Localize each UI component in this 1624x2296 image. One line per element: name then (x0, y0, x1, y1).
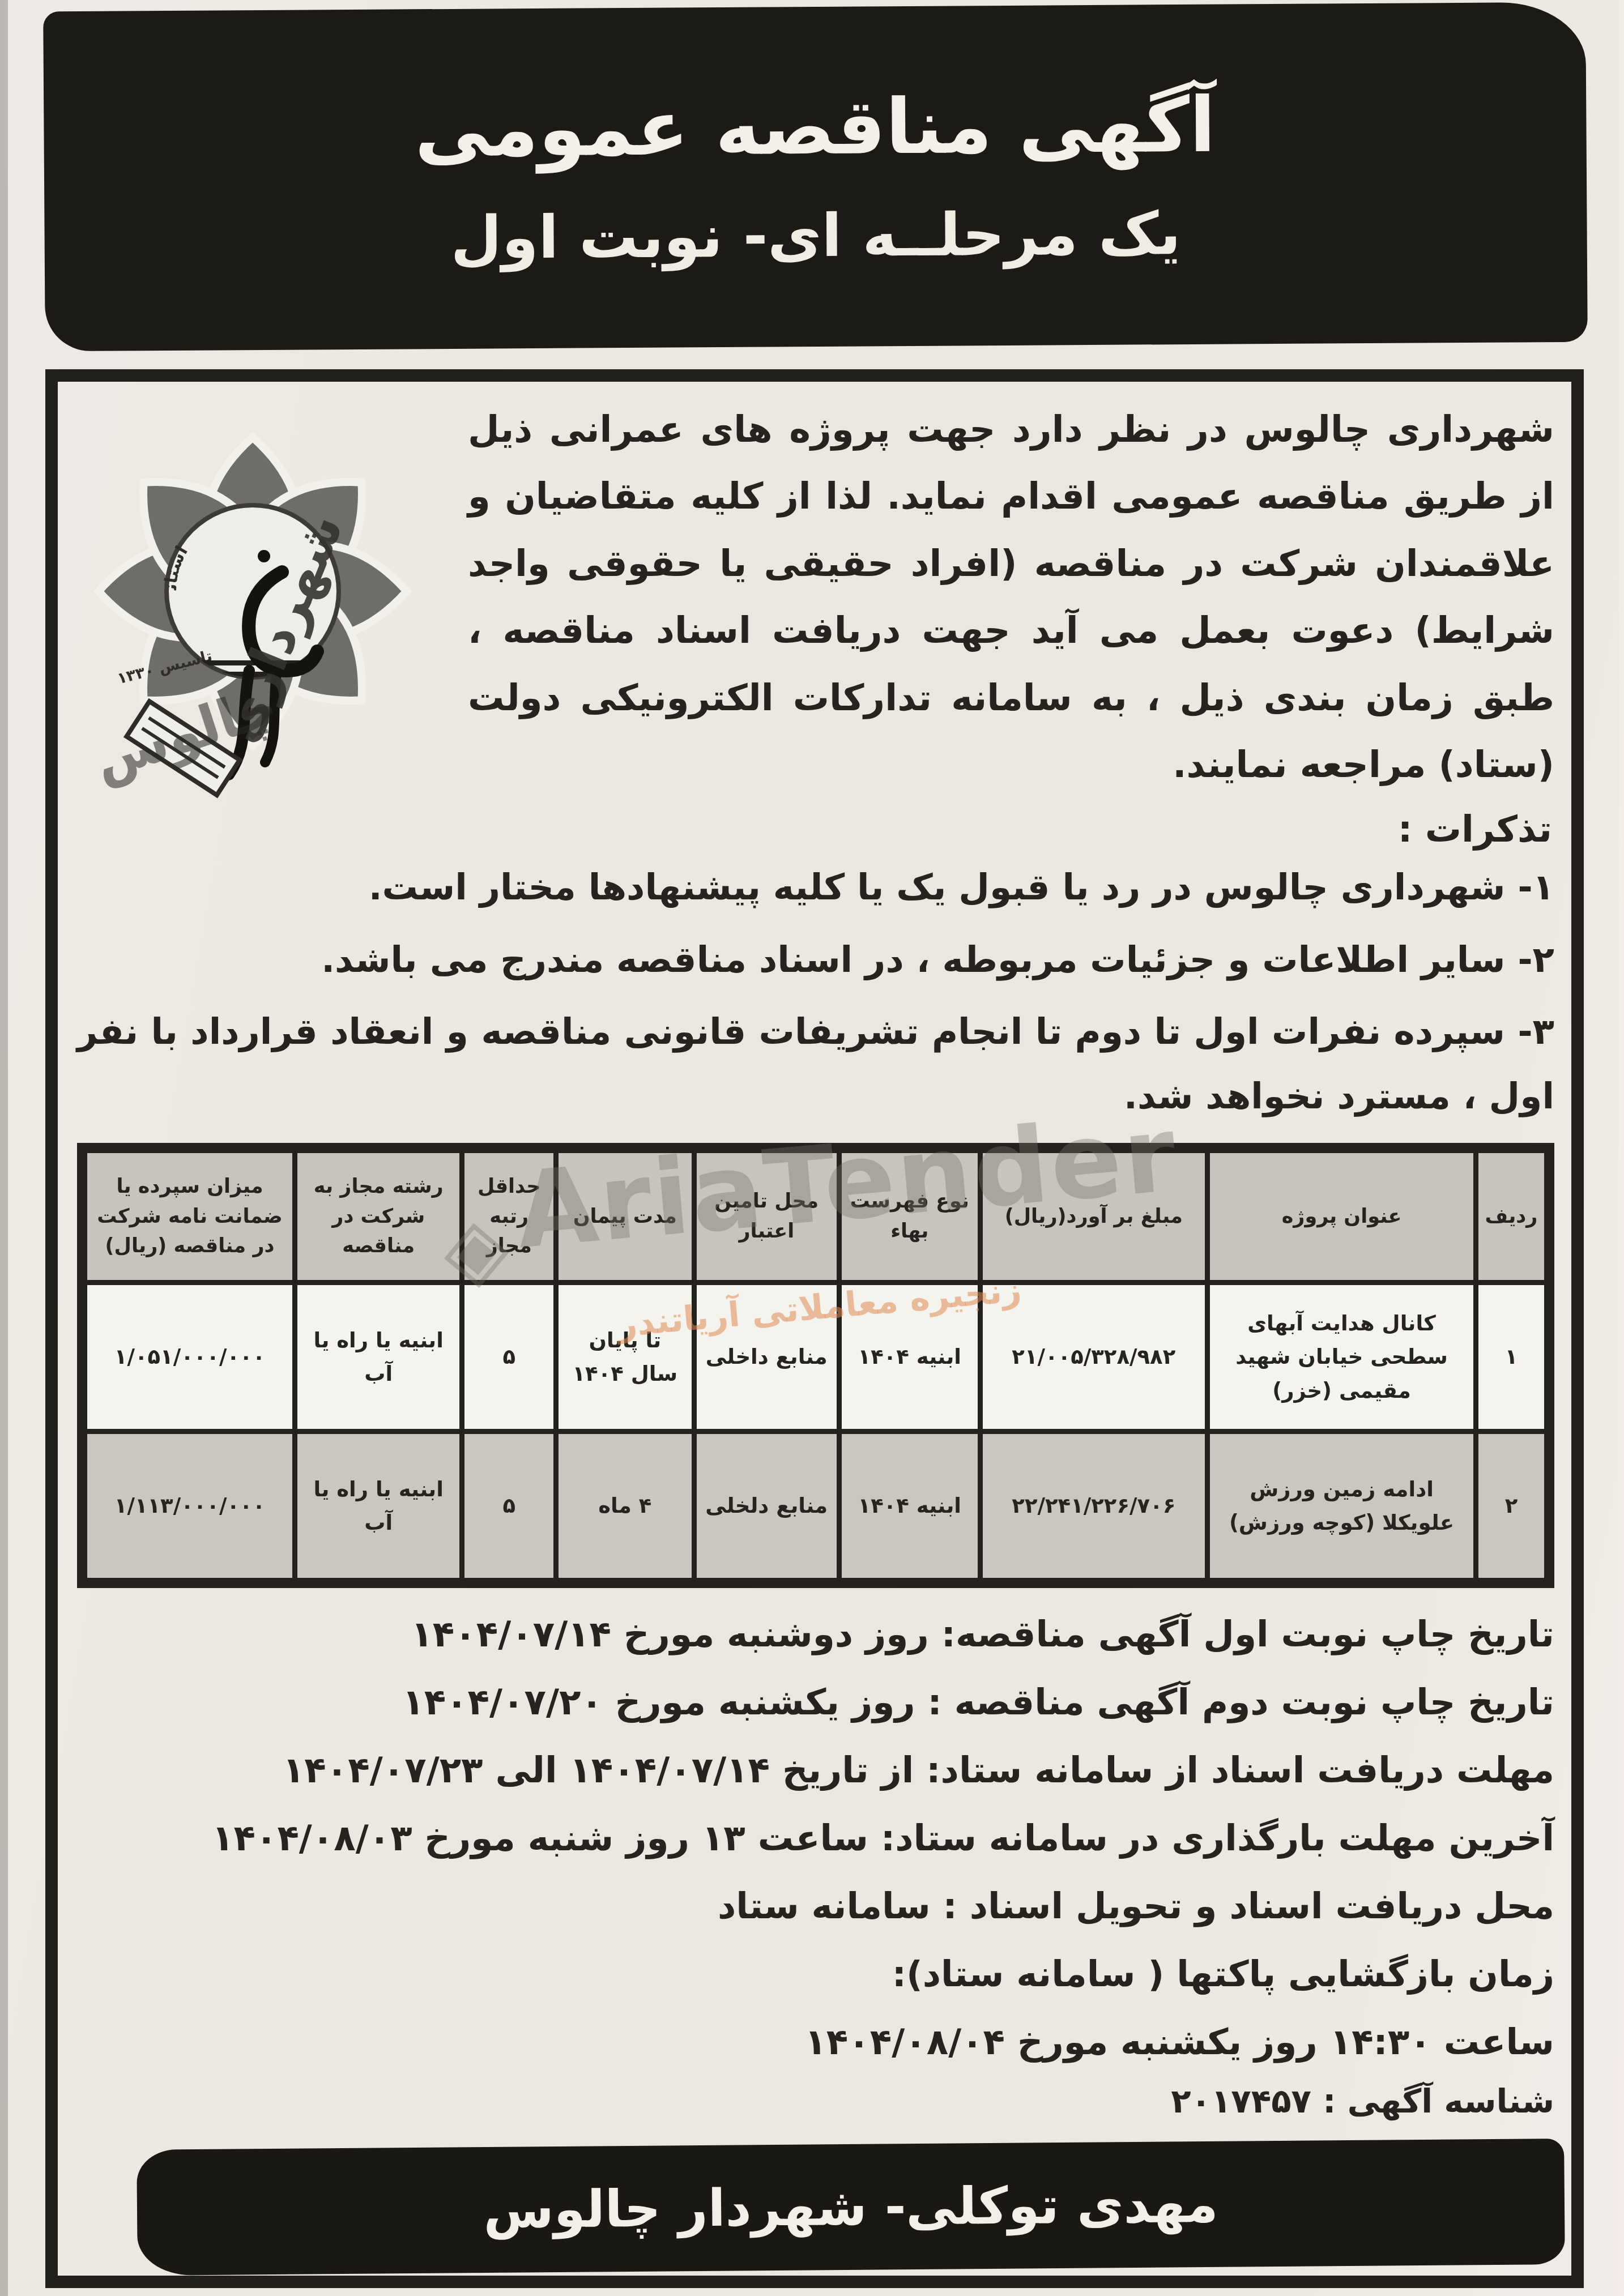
table-row: ۲ ادامه زمین ورزش علویکلا (کوچه ورزش) ۲۲… (82, 1431, 1549, 1583)
cell-allowed-field: ابنیه یا راه یا آب (295, 1431, 462, 1583)
note-item-2: ۲- سایر اطلاعات و جزئیات مربوطه ، در اسن… (77, 928, 1554, 992)
footer-band: مهدی توکلی- شهردار چالوس (137, 2139, 1565, 2276)
col-header-estimate-amount: مبلغ بر آورد(ریال) (980, 1148, 1207, 1283)
municipality-seal-icon: استانداری مازندران تاسیس ۱۳۳۰ (77, 404, 440, 801)
cell-contract-duration: تا پایان سال ۱۴۰۴ (556, 1282, 694, 1431)
tender-ad-page: آگهی مناقصه عمومی یک مرحلــه ای- نوبت او… (0, 0, 1624, 2296)
note-item-1: ۱- شهرداری چالوس در رد یا قبول یک یا کلی… (77, 855, 1554, 919)
cell-price-list-type: ابنیه ۱۴۰۴ (839, 1431, 980, 1583)
table-row: ۱ کانال هدایت آبهای سطحی خیابان شهید مقی… (82, 1282, 1549, 1431)
info-line-upload-deadline: آخرین مهلت بارگذاری در سامانه ستاد: ساعت… (77, 1816, 1554, 1861)
info-line-first-publish-date: تاریخ چاپ نوبت اول آگهی مناقصه: روز دوشن… (77, 1612, 1554, 1657)
scan-edge-right (1618, 0, 1624, 2296)
notes-title: تذکرات : (77, 809, 1552, 851)
cell-deposit-amount: ۱/۱۱۳/۰۰۰/۰۰۰ (82, 1431, 295, 1583)
col-header-funding-source: محل تامین اعتبار (694, 1148, 839, 1283)
info-line-envelope-opening-time: ساعت ۱۴:۳۰ روز یکشنبه مورخ ۱۴۰۴/۰۸/۰۴ (77, 2020, 1554, 2065)
note-item-3: ۳- سپرده نفرات اول تا دوم تا انجام تشریف… (77, 1000, 1554, 1128)
col-header-row-number: ردیف (1476, 1148, 1550, 1283)
cell-min-rank: ۵ (462, 1431, 556, 1583)
cell-deposit-amount: ۱/۰۵۱/۰۰۰/۰۰۰ (82, 1282, 295, 1431)
cell-project-title: کانال هدایت آبهای سطحی خیابان شهید مقیمی… (1208, 1282, 1476, 1431)
cell-estimate-amount: ۲۲/۲۴۱/۲۲۶/۷۰۶ (980, 1431, 1207, 1583)
cell-min-rank: ۵ (462, 1282, 556, 1431)
content-frame: استانداری مازندران تاسیس ۱۳۳۰ (45, 369, 1584, 2288)
cell-estimate-amount: ۲۱/۰۰۵/۳۲۸/۹۸۲ (980, 1282, 1207, 1431)
header-band: آگهی مناقصه عمومی یک مرحلــه ای- نوبت او… (43, 2, 1588, 352)
info-line-document-delivery-place: محل دریافت اسناد و تحویل اسناد : سامانه … (77, 1884, 1554, 1929)
cell-price-list-type: ابنیه ۱۴۰۴ (839, 1282, 980, 1431)
cell-funding-source: منابع دلخلی (694, 1431, 839, 1583)
col-header-project-title: عنوان پروژه (1208, 1148, 1476, 1283)
cell-funding-source: منابع داخلی (694, 1282, 839, 1431)
col-header-min-rank: حداقل رتبه مجاز (462, 1148, 556, 1283)
page-subtitle: یک مرحلــه ای- نوبت اول (450, 199, 1181, 272)
cell-row-number: ۲ (1476, 1431, 1550, 1583)
table-header-row: ردیف عنوان پروژه مبلغ بر آورد(ریال) نوع … (82, 1148, 1549, 1283)
cell-row-number: ۱ (1476, 1282, 1550, 1431)
footer-signature: مهدی توکلی- شهردار چالوس (483, 2174, 1218, 2239)
col-header-price-list-type: نوع فهرست بهاء (839, 1148, 980, 1283)
info-line-document-receipt-deadline: مهلت دریافت اسناد از سامانه ستاد: از تار… (77, 1748, 1554, 1793)
ad-id: شناسه آگهی : ۲۰۱۷۴۵۷ (77, 2082, 1554, 2120)
tender-table: ردیف عنوان پروژه مبلغ بر آورد(ریال) نوع … (77, 1143, 1554, 1588)
info-line-envelope-opening-title: زمان بازگشایی پاکتها ( سامانه ستاد): (77, 1952, 1554, 1997)
col-header-allowed-field: رشته مجاز به شرکت در مناقصه (295, 1148, 462, 1283)
cell-allowed-field: ابنیه یا راه یا آب (295, 1282, 462, 1431)
scan-edge-left (0, 0, 8, 2296)
col-header-deposit-amount: میزان سپرده یا ضمانت نامه شرکت در مناقصه… (82, 1148, 295, 1283)
municipality-logo: استانداری مازندران تاسیس ۱۳۳۰ (77, 404, 440, 801)
cell-project-title: ادامه زمین ورزش علویکلا (کوچه ورزش) (1208, 1431, 1476, 1583)
page-title: آگهی مناقصه عمومی (414, 81, 1216, 174)
cell-contract-duration: ۴ ماه (556, 1431, 694, 1583)
col-header-contract-duration: مدت پیمان (556, 1148, 694, 1283)
info-line-second-publish-date: تاریخ چاپ نوبت دوم آگهی مناقصه : روز یکش… (77, 1680, 1554, 1725)
